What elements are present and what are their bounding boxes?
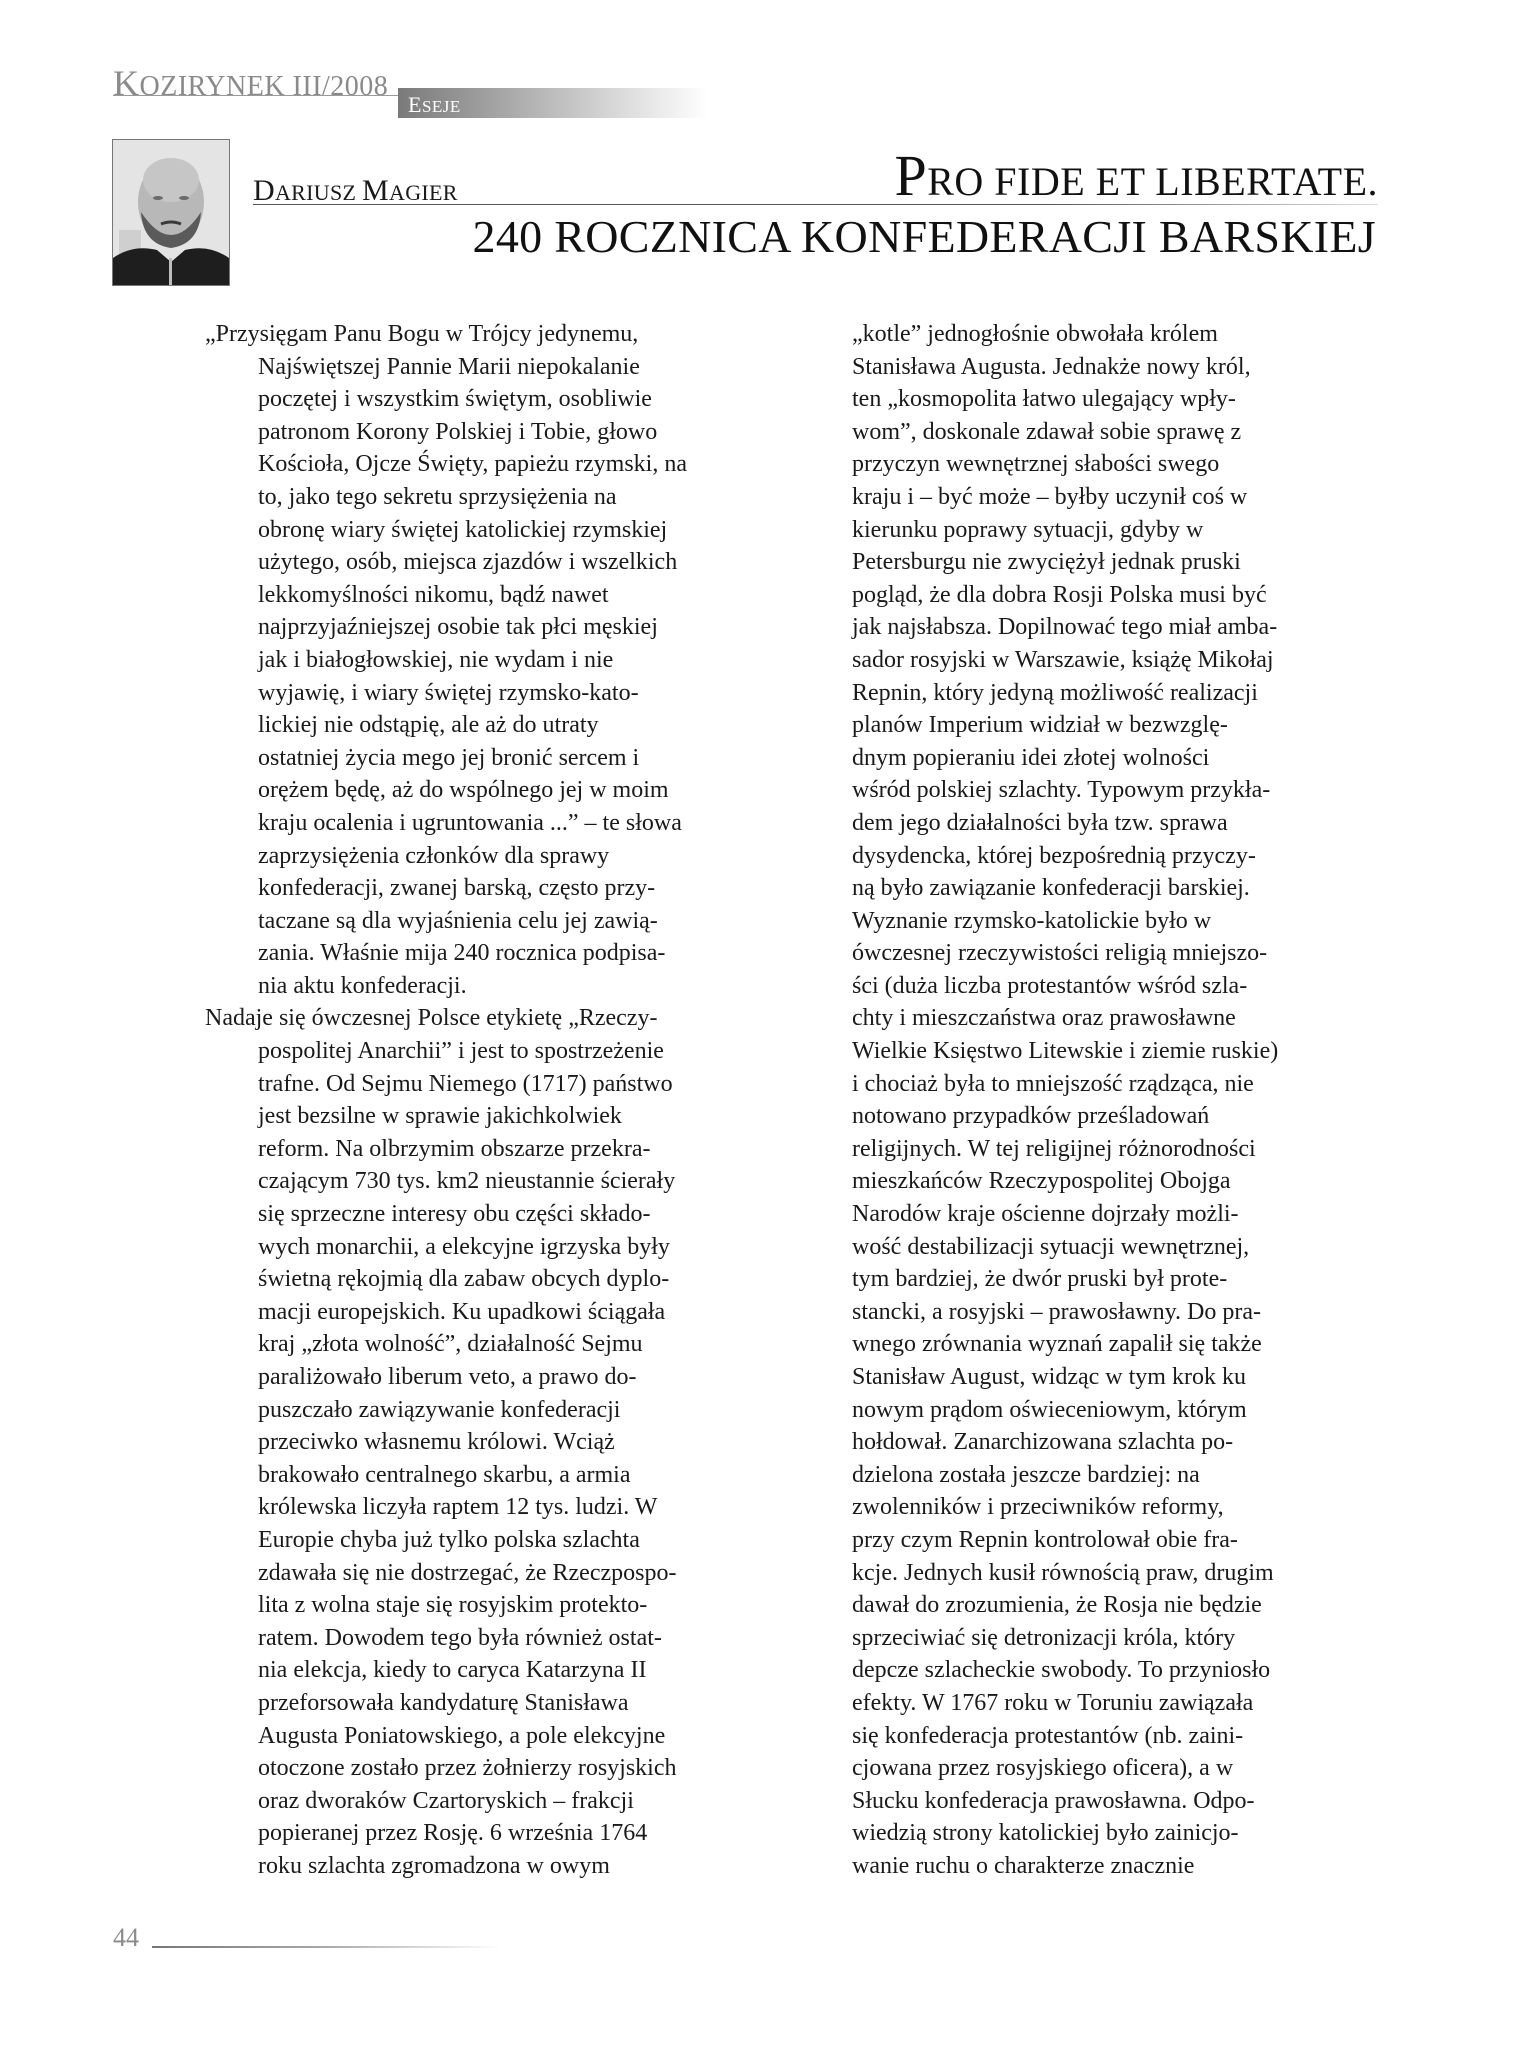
section-label-initial: E <box>408 92 422 117</box>
text-line: najprzyjaźniejszej osobie tak płci męski… <box>205 611 765 644</box>
text-line: taczane są dla wyjaśnienia celu jej zawi… <box>205 905 765 938</box>
text-line: kraj „złota wolność”, działalność Sejmu <box>205 1328 765 1361</box>
text-line: konfederacji, zwanej barską, często przy… <box>205 872 765 905</box>
text-line: wnego zrównania wyznań zapalił się także <box>852 1328 1412 1361</box>
text-line: i chociaż była to mniejszość rządząca, n… <box>852 1068 1412 1101</box>
text-line: ratem. Dowodem tego była również ostat- <box>205 1622 765 1655</box>
text-line: chty i mieszczaństwa oraz prawosławne <box>852 1002 1412 1035</box>
text-line: to, jako tego sekretu sprzysiężenia na <box>205 481 765 514</box>
text-line: świetną rękojmią dla zabaw obcych dyplo- <box>205 1263 765 1296</box>
text-line: Repnin, który jedyną możliwość realizacj… <box>852 677 1412 710</box>
text-line: królewska liczyła raptem 12 tys. ludzi. … <box>205 1491 765 1524</box>
text-line: ną było zawiązanie konfederacji barskiej… <box>852 872 1412 905</box>
text-line: Kościoła, Ojcze Święty, papieżu rzymski,… <box>205 448 765 481</box>
text-line: reform. Na olbrzymim obszarze przekra- <box>205 1133 765 1166</box>
article-column-right: „kotle” jednogłośnie obwołała królemStan… <box>852 318 1412 1883</box>
author-last-initial: M <box>362 174 389 207</box>
text-line: brakowało centralnego skarbu, a armia <box>205 1459 765 1492</box>
page-number: 44 <box>113 1923 139 1953</box>
text-line: kcje. Jednych kusił równością praw, drug… <box>852 1557 1412 1590</box>
text-line: przeciwko własnemu królowi. Wciąż <box>205 1426 765 1459</box>
text-line: efekty. W 1767 roku w Toruniu zawiązała <box>852 1687 1412 1720</box>
text-line: czającym 730 tys. km2 nieustannie ściera… <box>205 1165 765 1198</box>
text-line: lita z wolna staje się rosyjskim protekt… <box>205 1589 765 1622</box>
text-line: zania. Właśnie mija 240 rocznica podpisa… <box>205 937 765 970</box>
text-line: popieranej przez Rosję. 6 września 1764 <box>205 1817 765 1850</box>
text-line: Europie chyba już tylko polska szlachta <box>205 1524 765 1557</box>
text-line: wyjawię, i wiary świętej rzymsko-kato- <box>205 677 765 710</box>
text-line: otoczone zostało przez żołnierzy rosyjsk… <box>205 1752 765 1785</box>
text-line: depcze szlacheckie swobody. To przyniosł… <box>852 1654 1412 1687</box>
text-line: kraju i – być może – byłby uczynił coś w <box>852 481 1412 514</box>
text-line: jak i białogłowskiej, nie wydam i nie <box>205 644 765 677</box>
author-first-initial: D <box>253 174 275 207</box>
text-line: Stanisław August, widząc w tym krok ku <box>852 1361 1412 1394</box>
text-line: ten „kosmopolita łatwo ulegający wpły- <box>852 383 1412 416</box>
section-label-rest: SEJE <box>422 97 461 116</box>
title-rest: RO FIDE ET LIBERTATE. <box>927 159 1378 204</box>
text-line: Augusta Poniatowskiego, a pole elekcyjne <box>205 1720 765 1753</box>
text-line: patronom Korony Polskiej i Tobie, głowo <box>205 416 765 449</box>
text-line: religijnych. W tej religijnej różnorodno… <box>852 1133 1412 1166</box>
text-line: orężem będę, aż do wspólnego jej w moim <box>205 774 765 807</box>
text-line: ostatniej życia mego jej bronić sercem i <box>205 742 765 775</box>
text-line: macji europejskich. Ku upadkowi ściągała <box>205 1296 765 1329</box>
text-line: cjowana przez rosyjskiego oficera), a w <box>852 1752 1412 1785</box>
text-line: się sprzeczne interesy obu części składo… <box>205 1198 765 1231</box>
text-line: Petersburgu nie zwyciężył jednak pruski <box>852 546 1412 579</box>
author-last-rest: AGIER <box>389 180 458 205</box>
text-line: dzielona została jeszcze bardziej: na <box>852 1459 1412 1492</box>
text-line: hołdował. Zanarchizowana szlachta po- <box>852 1426 1412 1459</box>
text-line: wych monarchii, a elekcyjne igrzyska był… <box>205 1231 765 1264</box>
author-name: DARIUSZ MAGIER <box>253 174 458 208</box>
text-line: tym bardziej, że dwór pruski był prote- <box>852 1263 1412 1296</box>
section-label: ESEJE <box>408 92 461 118</box>
text-line: obronę wiary świętej katolickiej rzymski… <box>205 514 765 547</box>
text-line: „Przysięgam Panu Bogu w Trójcy jedynemu, <box>205 318 765 351</box>
text-line: wśród polskiej szlachty. Typowym przykła… <box>852 774 1412 807</box>
text-line: mieszkańców Rzeczypospolitej Obojga <box>852 1165 1412 1198</box>
text-line: przyczyn wewnętrznej słabości swego <box>852 448 1412 481</box>
text-line: Wielkie Księstwo Litewskie i ziemie rusk… <box>852 1035 1412 1068</box>
text-line: wanie ruchu o charakterze znacznie <box>852 1850 1412 1883</box>
text-line: „kotle” jednogłośnie obwołała królem <box>852 318 1412 351</box>
text-line: dysydencka, której bezpośrednią przyczy- <box>852 840 1412 873</box>
text-line: Nadaje się ówczesnej Polsce etykietę „Rz… <box>205 1002 765 1035</box>
text-line: nowym prądom oświeceniowym, którym <box>852 1394 1412 1427</box>
text-line: przeforsowała kandydaturę Stanisława <box>205 1687 765 1720</box>
text-line: dnym popieraniu idei złotej wolności <box>852 742 1412 775</box>
magazine-title-underline <box>113 95 398 96</box>
article-title-line2: 240 ROCZNICA KONFEDERACJI BARSKIEJ <box>473 210 1376 263</box>
text-line: sador rosyjski w Warszawie, książę Mikoł… <box>852 644 1412 677</box>
text-line: zdawała się nie dostrzegać, że Rzeczposp… <box>205 1557 765 1590</box>
text-line: Stanisława Augusta. Jednakże nowy król, <box>852 351 1412 384</box>
text-line: poczętej i wszystkim świętym, osobliwie <box>205 383 765 416</box>
text-line: Wyznanie rzymsko-katolickie było w <box>852 905 1412 938</box>
title-initial: P <box>894 143 927 208</box>
text-line: wom”, doskonale zdawał sobie sprawę z <box>852 416 1412 449</box>
text-line: sprzeciwiać się detronizacji króla, któr… <box>852 1622 1412 1655</box>
author-portrait-icon <box>113 140 229 285</box>
text-line: planów Imperium widział w bezwzglę- <box>852 709 1412 742</box>
text-line: wość destabilizacji sytuacji wewnętrznej… <box>852 1231 1412 1264</box>
text-line: notowano przypadków prześladowań <box>852 1100 1412 1133</box>
text-line: zaprzysiężenia członków dla sprawy <box>205 840 765 873</box>
text-line: pospolitej Anarchii” i jest to spostrzeż… <box>205 1035 765 1068</box>
text-line: przy czym Repnin kontrolował obie fra- <box>852 1524 1412 1557</box>
text-line: użytego, osób, miejsca zjazdów i wszelki… <box>205 546 765 579</box>
text-line: roku szlachta zgromadzona w owym <box>205 1850 765 1883</box>
text-line: lekkomyślności nikomu, bądź nawet <box>205 579 765 612</box>
text-line: zwolenników i przeciwników reformy, <box>852 1491 1412 1524</box>
text-line: puszczało zawiązywanie konfederacji <box>205 1394 765 1427</box>
article-title-line1: PRO FIDE ET LIBERTATE. <box>894 142 1378 209</box>
text-line: paraliżowało liberum veto, a prawo do- <box>205 1361 765 1394</box>
author-photo <box>112 139 230 286</box>
text-line: dem jego działalności była tzw. sprawa <box>852 807 1412 840</box>
text-line: stancki, a rosyjski – prawosławny. Do pr… <box>852 1296 1412 1329</box>
text-line: jak najsłabsza. Dopilnować tego miał amb… <box>852 611 1412 644</box>
text-line: nia elekcja, kiedy to caryca Katarzyna I… <box>205 1654 765 1687</box>
text-line: Narodów kraje ościenne dojrzały możli- <box>852 1198 1412 1231</box>
text-line: nia aktu konfederacji. <box>205 970 765 1003</box>
text-line: Najświętszej Pannie Marii niepokalanie <box>205 351 765 384</box>
text-line: ści (duża liczba protestantów wśród szla… <box>852 970 1412 1003</box>
text-line: kierunku poprawy sytuacji, gdyby w <box>852 514 1412 547</box>
text-line: wiedzią strony katolickiej było zainicjo… <box>852 1817 1412 1850</box>
text-line: oraz dworaków Czartoryskich – frakcji <box>205 1785 765 1818</box>
magazine-title-rest: OZIRYNEK III/2008 <box>140 71 389 102</box>
author-first-rest: ARIUSZ <box>275 180 362 205</box>
magazine-title: KOZIRYNEK III/2008 <box>113 62 388 104</box>
footer-rule <box>152 1946 502 1948</box>
article-column-left: „Przysięgam Panu Bogu w Trójcy jedynemu,… <box>205 318 765 1883</box>
text-line: ówczesnej rzeczywistości religią mniejsz… <box>852 937 1412 970</box>
text-line: jest bezsilne w sprawie jakichkolwiek <box>205 1100 765 1133</box>
text-line: lickiej nie odstąpię, ale aż do utraty <box>205 709 765 742</box>
text-line: pogląd, że dla dobra Rosji Polska musi b… <box>852 579 1412 612</box>
text-line: Słucku konfederacja prawosławna. Odpo- <box>852 1785 1412 1818</box>
text-line: trafne. Od Sejmu Niemego (1717) państwo <box>205 1068 765 1101</box>
text-line: dawał do zrozumienia, że Rosja nie będzi… <box>852 1589 1412 1622</box>
magazine-title-initial: K <box>113 63 140 103</box>
text-line: się konfederacja protestantów (nb. zaini… <box>852 1720 1412 1753</box>
text-line: kraju ocalenia i ugruntowania ...” – te … <box>205 807 765 840</box>
